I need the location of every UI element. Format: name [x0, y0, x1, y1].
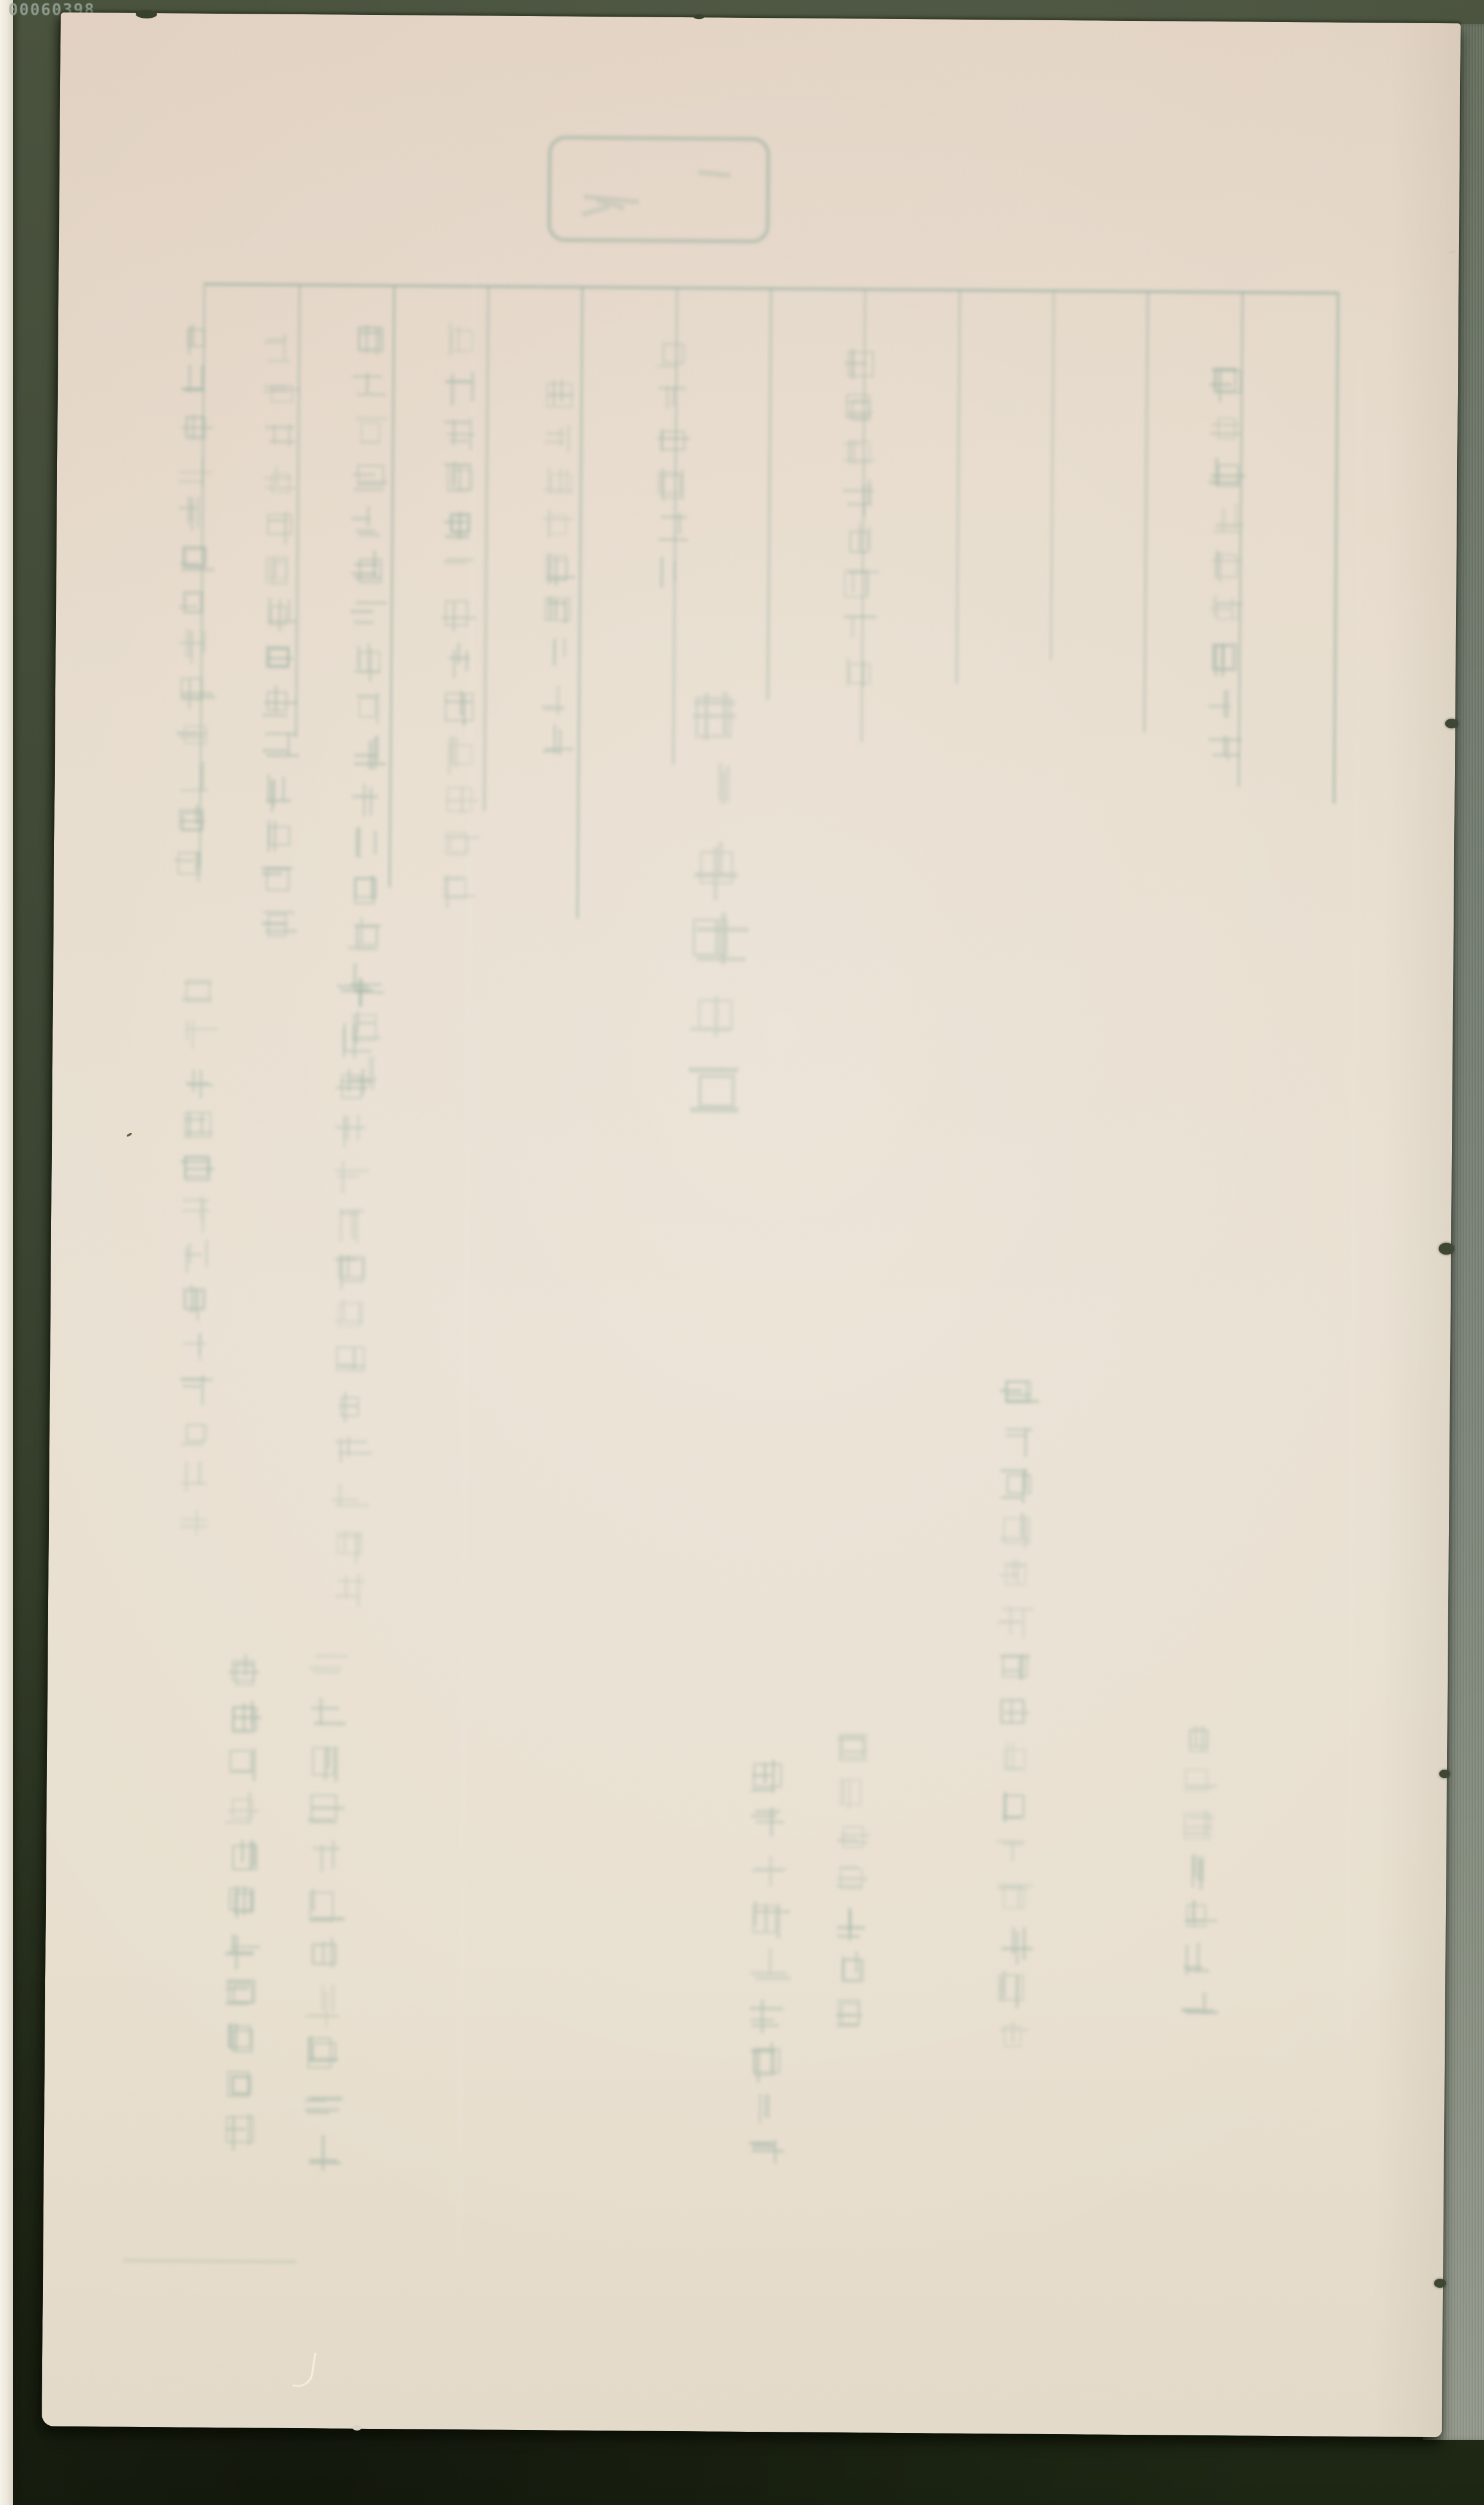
- glyph-stroke: [354, 669, 380, 673]
- glyph-stroke: [548, 514, 567, 535]
- glyph-stroke: [1004, 1792, 1007, 1822]
- glyph-stroke: [179, 470, 212, 474]
- bleedthrough-glyph: [1179, 1986, 1214, 2020]
- glyph-stroke: [356, 529, 375, 533]
- bleedthrough-glyph: [332, 1526, 367, 1562]
- bleedthrough-glyph: [263, 333, 298, 367]
- bleedthrough-glyph: [685, 762, 744, 821]
- bleedthrough-glyph: [180, 1019, 215, 1053]
- glyph-stroke: [849, 1910, 852, 1941]
- bleedthrough-glyph: [1209, 456, 1245, 491]
- glyph-stroke: [661, 516, 687, 519]
- bleedthrough-glyph: [835, 1774, 870, 1809]
- glyph-stroke: [278, 600, 282, 631]
- glyph-stroke: [1196, 1856, 1200, 1880]
- page-edge-chip: [693, 14, 704, 19]
- glyph-stroke: [180, 1518, 207, 1521]
- bleedthrough-glyph: [541, 637, 574, 670]
- bleedthrough-glyph: [841, 566, 875, 601]
- glyph-stroke: [1186, 1904, 1207, 1927]
- bleedthrough-glyph: [1207, 685, 1243, 720]
- glyph-stroke: [1000, 1655, 1030, 1658]
- glyph-stroke: [751, 1789, 772, 1792]
- glyph-stroke: [184, 1118, 205, 1122]
- glyph-stroke: [179, 809, 204, 831]
- glyph-stroke: [184, 1253, 202, 1256]
- glyph-stroke: [339, 1534, 360, 1538]
- glyph-stroke: [1011, 1927, 1015, 1955]
- glyph-stroke: [235, 2023, 238, 2051]
- glyph-stroke: [550, 473, 573, 494]
- bleedthrough-glyph: [226, 1654, 262, 1690]
- glyph-stroke: [186, 1028, 218, 1031]
- bleedthrough-glyph: [352, 322, 388, 357]
- bleedthrough-glyph: [335, 1022, 371, 1058]
- bleedthrough-layer: [42, 13, 1461, 2437]
- glyph-stroke: [282, 777, 286, 800]
- glyph-stroke: [249, 1840, 253, 1870]
- bleedthrough-glyph: [261, 685, 295, 720]
- glyph-stroke: [465, 650, 468, 671]
- glyph-stroke: [1185, 1919, 1217, 1923]
- bleedthrough-glyph: [836, 1730, 870, 1765]
- binding-stitch-mark: [1445, 719, 1458, 728]
- glyph-stroke: [312, 1917, 345, 1920]
- glyph-stroke: [361, 422, 380, 444]
- glyph-stroke: [463, 694, 466, 726]
- glyph-stroke: [1210, 607, 1230, 610]
- bleedthrough-text-column: [540, 379, 581, 765]
- bleedthrough-glyph: [1180, 1854, 1214, 1888]
- bleedthrough-glyph: [261, 553, 296, 588]
- glyph-stroke: [661, 431, 686, 451]
- glyph-stroke: [264, 701, 297, 705]
- glyph-stroke: [354, 576, 381, 579]
- bleedthrough-glyph: [180, 1063, 215, 1097]
- glyph-stroke: [186, 1081, 209, 1085]
- bleedthrough-glyph: [996, 1833, 1032, 1868]
- glyph-stroke: [339, 1579, 365, 1583]
- glyph-stroke: [445, 700, 472, 704]
- bleedthrough-glyph: [179, 1283, 213, 1318]
- glyph-stroke: [343, 1022, 346, 1049]
- glyph-stroke: [369, 787, 373, 816]
- glyph-stroke: [182, 568, 214, 572]
- glyph-stroke: [343, 1116, 346, 1148]
- glyph-stroke: [248, 2114, 251, 2145]
- glyph-stroke: [445, 875, 449, 908]
- glyph-stroke: [308, 1818, 333, 1821]
- bleedthrough-glyph: [304, 2033, 342, 2072]
- bleedthrough-text-column: [331, 977, 376, 1619]
- bleedthrough-glyph: [177, 1415, 212, 1450]
- bleedthrough-glyph: [349, 734, 385, 770]
- glyph-stroke: [365, 373, 369, 393]
- glyph-stroke: [753, 1763, 782, 1787]
- glyph-stroke: [1003, 1748, 1026, 1770]
- bleedthrough-glyph: [332, 1480, 367, 1516]
- bleedthrough-text-column: [746, 1760, 791, 2183]
- glyph-stroke: [232, 1845, 257, 1870]
- glyph-stroke: [188, 1112, 192, 1137]
- bleedthrough-glyph: [177, 496, 211, 531]
- bleedthrough-glyph: [263, 421, 297, 456]
- glyph-stroke: [335, 1126, 366, 1130]
- glyph-stroke: [755, 1976, 791, 1980]
- glyph-stroke: [268, 648, 289, 667]
- bleedthrough-glyph: [261, 597, 296, 632]
- bleedthrough-glyph: [225, 1792, 261, 1827]
- glyph-stroke: [311, 1806, 344, 1810]
- bleedthrough-text-column: [259, 333, 303, 950]
- bleedthrough-glyph: [654, 468, 689, 503]
- glyph-stroke: [1192, 1854, 1196, 1877]
- bleedthrough-glyph: [541, 679, 574, 713]
- glyph-stroke: [768, 1948, 772, 1974]
- glyph-stroke: [770, 2042, 773, 2074]
- glyph-stroke: [839, 1733, 867, 1761]
- bleedthrough-glyph: [748, 1901, 785, 1938]
- glyph-stroke: [342, 1049, 371, 1053]
- bleedthrough-glyph: [178, 320, 213, 354]
- glyph-stroke: [226, 1980, 251, 1984]
- glyph-stroke: [846, 401, 867, 404]
- glyph-stroke: [358, 326, 382, 350]
- bleedthrough-column-rule: [767, 289, 772, 700]
- bleedthrough-glyph: [333, 1343, 368, 1378]
- glyph-stroke: [310, 2159, 338, 2163]
- glyph-stroke: [1002, 1608, 1034, 1611]
- bleedthrough-glyph: [305, 1838, 343, 1877]
- bleedthrough-glyph: [1207, 731, 1242, 766]
- glyph-stroke: [1216, 551, 1219, 574]
- glyph-stroke: [354, 876, 376, 904]
- bleedthrough-glyph: [747, 2042, 784, 2079]
- bleedthrough-glyph: [749, 1807, 786, 1843]
- glyph-stroke: [309, 1666, 341, 1670]
- bleedthrough-glyph: [177, 408, 212, 442]
- glyph-stroke: [849, 531, 868, 554]
- glyph-stroke: [1199, 1860, 1203, 1890]
- glyph-stroke: [354, 754, 377, 757]
- glyph-stroke: [182, 1378, 213, 1381]
- glyph-stroke: [351, 610, 373, 613]
- glyph-stroke: [192, 1070, 196, 1092]
- bleedthrough-glyph: [683, 1059, 742, 1118]
- glyph-stroke: [725, 765, 730, 803]
- glyph-stroke: [342, 1300, 345, 1321]
- bleedthrough-glyph: [179, 1195, 214, 1230]
- bleedthrough-glyph: [997, 1649, 1033, 1685]
- glyph-stroke: [199, 765, 203, 790]
- bleedthrough-glyph: [175, 716, 210, 751]
- glyph-stroke: [353, 1025, 357, 1057]
- bleedthrough-glyph: [996, 1741, 1032, 1777]
- glyph-stroke: [567, 425, 570, 453]
- bleedthrough-glyph: [654, 424, 689, 458]
- bleedthrough-glyph: [842, 390, 877, 425]
- glyph-stroke: [447, 557, 473, 561]
- bleedthrough-glyph: [180, 1107, 214, 1141]
- glyph-stroke: [1005, 1565, 1026, 1585]
- glyph-stroke: [273, 425, 276, 444]
- glyph-stroke: [446, 433, 474, 436]
- glyph-stroke: [865, 570, 868, 595]
- bleedthrough-glyph: [305, 1789, 344, 1828]
- glyph-stroke: [1223, 735, 1226, 757]
- glyph-stroke: [262, 749, 288, 753]
- glyph-stroke: [356, 417, 387, 420]
- glyph-stroke: [252, 1748, 256, 1780]
- glyph-stroke: [180, 1525, 207, 1528]
- glyph-stroke: [357, 645, 361, 667]
- glyph-stroke: [339, 1452, 371, 1455]
- glyph-stroke: [305, 2108, 339, 2111]
- glyph-stroke: [564, 600, 567, 623]
- binding-stitch-mark: [1439, 1770, 1450, 1778]
- bleedthrough-text-column: [174, 320, 218, 893]
- glyph-stroke: [451, 374, 454, 405]
- glyph-stroke: [184, 592, 202, 614]
- glyph-stroke: [452, 603, 455, 631]
- glyph-stroke: [333, 1498, 358, 1502]
- glyph-stroke: [758, 2094, 762, 2123]
- glyph-stroke: [751, 2024, 779, 2027]
- glyph-stroke: [190, 1285, 193, 1314]
- glyph-stroke: [452, 650, 456, 678]
- glyph-stroke: [266, 868, 290, 891]
- glyph-stroke: [264, 866, 293, 870]
- glyph-stroke: [1024, 1427, 1027, 1456]
- bleedthrough-glyph: [349, 826, 385, 862]
- bleedthrough-glyph: [543, 379, 576, 413]
- bleedthrough-glyph: [350, 642, 386, 678]
- glyph-stroke: [339, 1404, 359, 1408]
- bleedthrough-glyph: [307, 1643, 345, 1682]
- bleedthrough-glyph: [224, 1838, 260, 1873]
- bleedthrough-glyph: [748, 1854, 785, 1891]
- glyph-stroke: [752, 2145, 775, 2149]
- glyph-stroke: [1016, 1930, 1019, 1964]
- bleedthrough-glyph: [332, 1434, 368, 1470]
- glyph-stroke: [367, 506, 370, 526]
- bleedthrough-glyph: [1207, 639, 1243, 675]
- glyph-stroke: [271, 779, 274, 812]
- glyph-stroke: [1023, 1928, 1026, 1960]
- bleedthrough-glyph: [176, 584, 211, 619]
- bleedthrough-glyph: [176, 628, 210, 663]
- glyph-stroke: [1005, 1380, 1031, 1403]
- bleedthrough-glyph: [263, 377, 298, 411]
- glyph-stroke: [226, 2002, 249, 2005]
- bleedthrough-glyph: [995, 1924, 1030, 1960]
- scanned-book-photograph: 00060398: [0, 0, 1484, 2505]
- bleedthrough-frame-rule: [1333, 292, 1340, 804]
- glyph-stroke: [268, 826, 290, 846]
- bleedthrough-glyph: [835, 1863, 869, 1897]
- glyph-stroke: [842, 1956, 845, 1979]
- glyph-stroke: [769, 1856, 773, 1886]
- glyph-stroke: [554, 600, 557, 619]
- glyph-stroke: [267, 914, 287, 937]
- bleedthrough-glyph: [260, 773, 294, 807]
- bleedthrough-glyph: [260, 817, 294, 851]
- glyph-stroke: [235, 1886, 239, 1918]
- glyph-stroke: [190, 497, 194, 520]
- glyph-stroke: [184, 1156, 209, 1178]
- glyph-stroke: [262, 921, 286, 925]
- bleedthrough-label-box: [547, 135, 770, 244]
- glyph-stroke: [183, 1384, 202, 1387]
- glyph-stroke: [195, 1510, 199, 1534]
- bleedthrough-glyph: [995, 1879, 1031, 1914]
- glyph-stroke: [699, 850, 733, 884]
- glyph-stroke: [183, 1287, 206, 1309]
- glyph-stroke: [264, 910, 295, 914]
- glyph-stroke: [313, 1944, 337, 1966]
- glyph-stroke: [1213, 530, 1241, 534]
- glyph-stroke: [287, 733, 290, 756]
- glyph-stroke: [182, 1209, 210, 1213]
- glyph-stroke: [337, 984, 368, 988]
- glyph-stroke: [191, 1021, 195, 1048]
- glyph-stroke: [1212, 423, 1239, 427]
- glyph-stroke: [182, 388, 202, 391]
- glyph-stroke: [264, 341, 284, 344]
- bleedthrough-glyph: [841, 478, 876, 513]
- glyph-stroke: [335, 1440, 367, 1444]
- glyph-stroke: [187, 329, 205, 348]
- bleedthrough-glyph: [1210, 364, 1245, 400]
- glyph-stroke: [752, 2142, 775, 2145]
- bleedthrough-glyph: [1180, 1898, 1214, 1932]
- bleedthrough-text-column: [1179, 1721, 1220, 2030]
- glyph-stroke: [1003, 1517, 1030, 1545]
- glyph-stroke: [443, 420, 469, 424]
- glyph-stroke: [336, 1346, 365, 1372]
- glyph-stroke: [658, 538, 688, 542]
- glyph-stroke: [327, 1748, 330, 1769]
- bleedthrough-glyph: [352, 459, 388, 495]
- glyph-stroke: [288, 600, 291, 622]
- bleedthrough-glyph: [833, 1995, 868, 2029]
- bleedthrough-glyph: [334, 1159, 370, 1195]
- bleedthrough-glyph: [654, 512, 688, 547]
- glyph-stroke: [374, 831, 377, 854]
- bleedthrough-text-column: [994, 1374, 1040, 2062]
- glyph-stroke: [845, 394, 870, 417]
- bleedthrough-glyph: [223, 2067, 258, 2102]
- bleedthrough-glyph: [179, 1151, 214, 1186]
- glyph-stroke: [358, 559, 382, 584]
- bleedthrough-glyph: [348, 872, 384, 907]
- glyph-stroke: [698, 1074, 735, 1108]
- bleedthrough-glyph: [541, 594, 574, 627]
- glyph-stroke: [355, 563, 379, 566]
- glyph-stroke: [693, 873, 737, 878]
- glyph-stroke: [548, 394, 573, 397]
- bleedthrough-glyph: [305, 1887, 343, 1926]
- glyph-stroke: [266, 754, 299, 757]
- glyph-stroke: [839, 1867, 863, 1889]
- bleedthrough-glyph: [1208, 593, 1244, 629]
- glyph-stroke: [352, 1349, 356, 1370]
- bleedthrough-glyph: [835, 1818, 870, 1853]
- glyph-stroke: [1001, 1469, 1026, 1473]
- bleedthrough-glyph: [352, 413, 388, 449]
- glyph-stroke: [542, 705, 564, 708]
- glyph-stroke: [1217, 418, 1236, 440]
- glyph-stroke: [1006, 1474, 1031, 1494]
- bleedthrough-glyph: [351, 505, 387, 541]
- glyph-stroke: [545, 555, 567, 581]
- bleedthrough-text-column: [833, 1730, 875, 2039]
- glyph-stroke: [331, 1985, 335, 2011]
- glyph-stroke: [692, 713, 736, 719]
- bleedthrough-glyph: [655, 380, 689, 414]
- glyph-stroke: [232, 1770, 252, 1773]
- paper-speck: [352, 2425, 361, 2431]
- glyph-stroke: [851, 617, 854, 638]
- glyph-stroke: [186, 1424, 207, 1441]
- glyph-stroke: [288, 424, 291, 446]
- glyph-stroke: [354, 924, 381, 928]
- glyph-stroke: [554, 638, 557, 666]
- glyph-stroke: [359, 978, 363, 1007]
- glyph-stroke: [201, 458, 204, 488]
- glyph-stroke: [182, 546, 207, 567]
- glyph-stroke: [855, 1951, 858, 1973]
- glyph-stroke: [704, 693, 709, 741]
- glyph-stroke: [1022, 1514, 1026, 1539]
- glyph-stroke: [192, 415, 195, 439]
- bleedthrough-glyph: [834, 1951, 868, 1985]
- glyph-stroke: [180, 677, 203, 701]
- glyph-stroke: [560, 427, 563, 446]
- glyph-stroke: [998, 1621, 1023, 1624]
- glyph-stroke: [225, 1821, 250, 1824]
- glyph-stroke: [460, 691, 463, 715]
- glyph-stroke: [660, 557, 664, 588]
- glyph-stroke: [201, 1200, 205, 1233]
- glyph-stroke: [1221, 644, 1224, 665]
- bleedthrough-glyph: [331, 1572, 367, 1608]
- bleedthrough-glyph: [334, 1205, 370, 1241]
- bleedthrough-glyph: [994, 2016, 1030, 2052]
- glyph-stroke: [714, 921, 720, 954]
- binding-stitch-mark: [1434, 2279, 1446, 2288]
- bleedthrough-glyph: [177, 1503, 211, 1538]
- bleedthrough-glyph: [1209, 410, 1245, 445]
- bleedthrough-glyph: [541, 551, 574, 584]
- bleedthrough-glyph: [262, 509, 296, 544]
- bleedthrough-glyph: [998, 1512, 1034, 1548]
- glyph-stroke: [867, 527, 871, 551]
- glyph-stroke: [1020, 1654, 1024, 1679]
- bleedthrough-glyph: [995, 1970, 1030, 2006]
- glyph-stroke: [346, 1116, 350, 1140]
- glyph-stroke: [311, 2098, 342, 2101]
- bleedthrough-glyph: [998, 1558, 1033, 1593]
- bleedthrough-glyph: [683, 985, 742, 1044]
- bleedthrough-glyph: [746, 2136, 783, 2173]
- glyph-stroke: [271, 473, 290, 493]
- glyph-stroke: [1181, 2008, 1201, 2011]
- glyph-stroke: [1185, 1944, 1189, 1975]
- glyph-stroke: [448, 742, 451, 775]
- glyph-stroke: [448, 835, 469, 853]
- glyph-stroke: [582, 204, 610, 217]
